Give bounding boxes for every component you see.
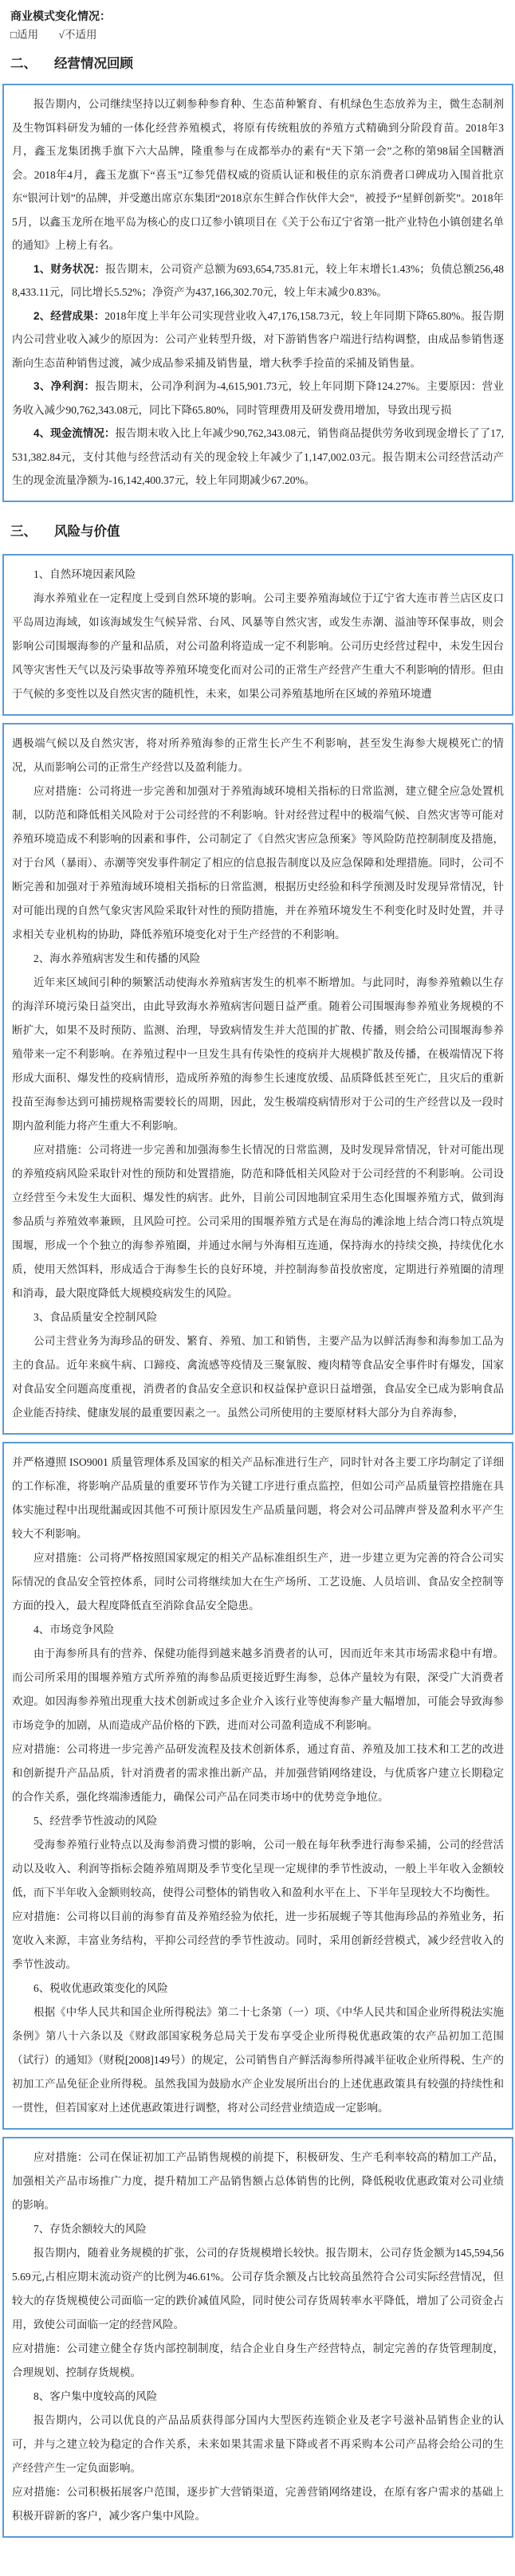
paragraph: 由于海参所具有的营养、保健功能得到越来越多消费者的认可，因而近年来其市场需求稳中… — [12, 1642, 504, 1738]
risk-box-4: 应对措施：公司在保证初加工产品销售规模的前提下，积极研发、生产毛利率较高的精加工… — [2, 2137, 513, 2538]
paragraph: 5、经营季节性波动的风险 — [12, 1809, 504, 1833]
risk-box-1: 1、自然环境因素风险海水养殖业在一定程度上受到自然环境的影响。公司主要养殖海域位… — [2, 554, 513, 716]
paragraph: 应对措施：公司建立健全存货内部控制制度，结合企业自身生产经营特点，制定完善的存货… — [12, 2337, 504, 2385]
paragraph: 1、财务状况：报告期末，公司资产总额为693,654,735.81元，较上年末增… — [12, 257, 504, 304]
operating-review-box: 报告期内，公司继续坚持以辽刺参种参育种、生态苗种繁育、有机绿色生态放养为主，微生… — [2, 84, 513, 502]
paragraph: 报告期内，公司继续坚持以辽刺参种参育种、生态苗种繁育、有机绿色生态放养为主，微生… — [12, 92, 504, 257]
paragraph: 应对措施：公司积极拓展客户范围，逐步扩大营销渠道，完善营销网络建设，在原有客户需… — [12, 2480, 504, 2528]
paragraph: 报告期内，公司以优良的产品品质获得部分国内大型医药连锁企业及老字号滋补品销售企业… — [12, 2409, 504, 2480]
paragraph: 2、海水养殖病害发生和传播的风险 — [12, 947, 504, 971]
paragraph-lead: 3、净利润： — [33, 380, 95, 392]
checkbox-not-applicable: √不适用 — [59, 29, 97, 41]
paragraph: 3、食品质量安全控制风险 — [12, 1306, 504, 1329]
section-heading-risk-and-value: 三、 风险与价值 — [10, 523, 504, 540]
paragraph: 7、存货余额较大的风险 — [12, 2217, 504, 2241]
section-number: 三、 — [10, 523, 54, 540]
paragraph: 应对措施：公司将进一步完善产品研发流程及技术创新体系，通过育苗、养殖及加工技术和… — [12, 1738, 504, 1809]
paragraph: 并严格遵照 ISO9001 质量管理体系及国家的相关产品标准进行生产，同时针对各… — [12, 1451, 504, 1546]
paragraph: 应对措施：公司在保证初加工产品销售规模的前提下，积极研发、生产毛利率较高的精加工… — [12, 2146, 504, 2217]
paragraph: 2、经营成果：2018年度上半年公司实现营业收入47,176,158.73元，较… — [12, 304, 504, 375]
applicability-options: □适用 √不适用 — [10, 27, 504, 43]
paragraph: 应对措施：公司将以目前的海参育苗及养殖经验为依托，进一步拓展蚬子等其他海珍品的养… — [12, 1905, 504, 1977]
section-heading-operating-review: 二、 经营情况回顾 — [10, 55, 504, 73]
paragraph: 海水养殖业在一定程度上受到自然环境的影响。公司主要养殖海域位于辽宁省大连市普兰店… — [12, 587, 504, 706]
paragraph: 应对措施：公司将进一步完善和加强海参生长情况的日常监测，及时发现异常情况，针对可… — [12, 1138, 504, 1306]
risk-box-3: 并严格遵照 ISO9001 质量管理体系及国家的相关产品标准进行生产，同时针对各… — [2, 1442, 513, 2130]
paragraph: 报告期内，随着业务规模的扩张，公司的存货规模增长较快。报告期末，公司存货金额为1… — [12, 2241, 504, 2337]
paragraph: 8、客户集中度较高的风险 — [12, 2385, 504, 2409]
paragraph-lead: 1、财务状况： — [33, 263, 105, 275]
paragraph: 3、净利润：报告期末，公司净利润为-4,615,901.73元，较上年同期下降1… — [12, 375, 504, 422]
section-title: 经营情况回顾 — [54, 55, 133, 73]
business-model-change-title: 商业模式变化情况： — [10, 8, 504, 24]
paragraph: 应对措施：公司将进一步完善和加强对于养殖海域环境相关指标的日常监测，建立健全应急… — [12, 779, 504, 947]
checkbox-applicable: □适用 — [10, 29, 38, 41]
section-title: 风险与价值 — [54, 523, 120, 540]
paragraph: 遇极端气候以及自然灾害，将对所养殖海参的正常生长产生不利影响，甚至发生海参大规模… — [12, 732, 504, 779]
paragraph: 受海参养殖行业特点以及海参消费习惯的影响，公司一般在每年秋季进行海参采捕，公司的… — [12, 1833, 504, 1905]
paragraph: 1、自然环境因素风险 — [12, 563, 504, 587]
paragraph: 近年来区域间引种的频繁活动使海水养殖病害发生的机率不断增加。与此同时，海参养殖赖… — [12, 971, 504, 1138]
paragraph: 应对措施：公司将严格按照国家规定的相关产品标准组织生产，进一步建立更为完善的符合… — [12, 1546, 504, 1618]
paragraph-lead: 4、现金流情况： — [33, 427, 115, 439]
paragraph-lead: 2、经营成果： — [33, 310, 104, 322]
paragraph: 6、税收优惠政策变化的风险 — [12, 1977, 504, 2001]
section-number: 二、 — [10, 55, 54, 73]
document-page: 商业模式变化情况： □适用 √不适用 二、 经营情况回顾 报告期内，公司继续坚持… — [0, 0, 515, 2550]
paragraph: 根据《中华人民共和国企业所得税法》第二十七条第（一）项、《中华人民共和国企业所得… — [12, 2001, 504, 2120]
paragraph: 公司主营业务为海珍品的研发、繁育、养殖、加工和销售，主要产品为以鲜活海参和海参加… — [12, 1329, 504, 1425]
paragraph: 4、现金流情况：报告期末收入比上年减少90,762,343.08元，销售商品提供… — [12, 422, 504, 493]
paragraph: 4、市场竞争风险 — [12, 1618, 504, 1642]
risk-box-2: 遇极端气候以及自然灾害，将对所养殖海参的正常生长产生不利影响，甚至发生海参大规模… — [2, 723, 513, 1435]
